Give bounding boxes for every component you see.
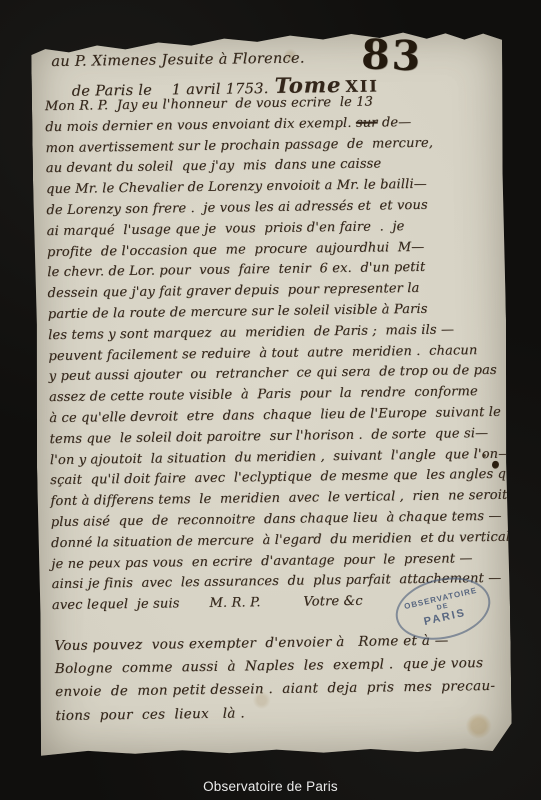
letter-body: Mon R. P. Jay eu l'honneur de vous ecrir…: [45, 91, 504, 617]
manuscript-page: au P. Ximenes Jesuite à Florence. de Par…: [31, 30, 512, 758]
folio-number: 83: [360, 30, 423, 80]
ink-speck: [483, 454, 486, 457]
letter-postscript: Vous pouvez vous exempter d'envoier à Ro…: [54, 629, 505, 728]
address-line: au P. Ximenes Jesuite à Florence.: [51, 51, 305, 71]
photo-caption: Observatoire de Paris: [0, 779, 541, 794]
scan-background: au P. Ximenes Jesuite à Florence. de Par…: [0, 0, 541, 800]
